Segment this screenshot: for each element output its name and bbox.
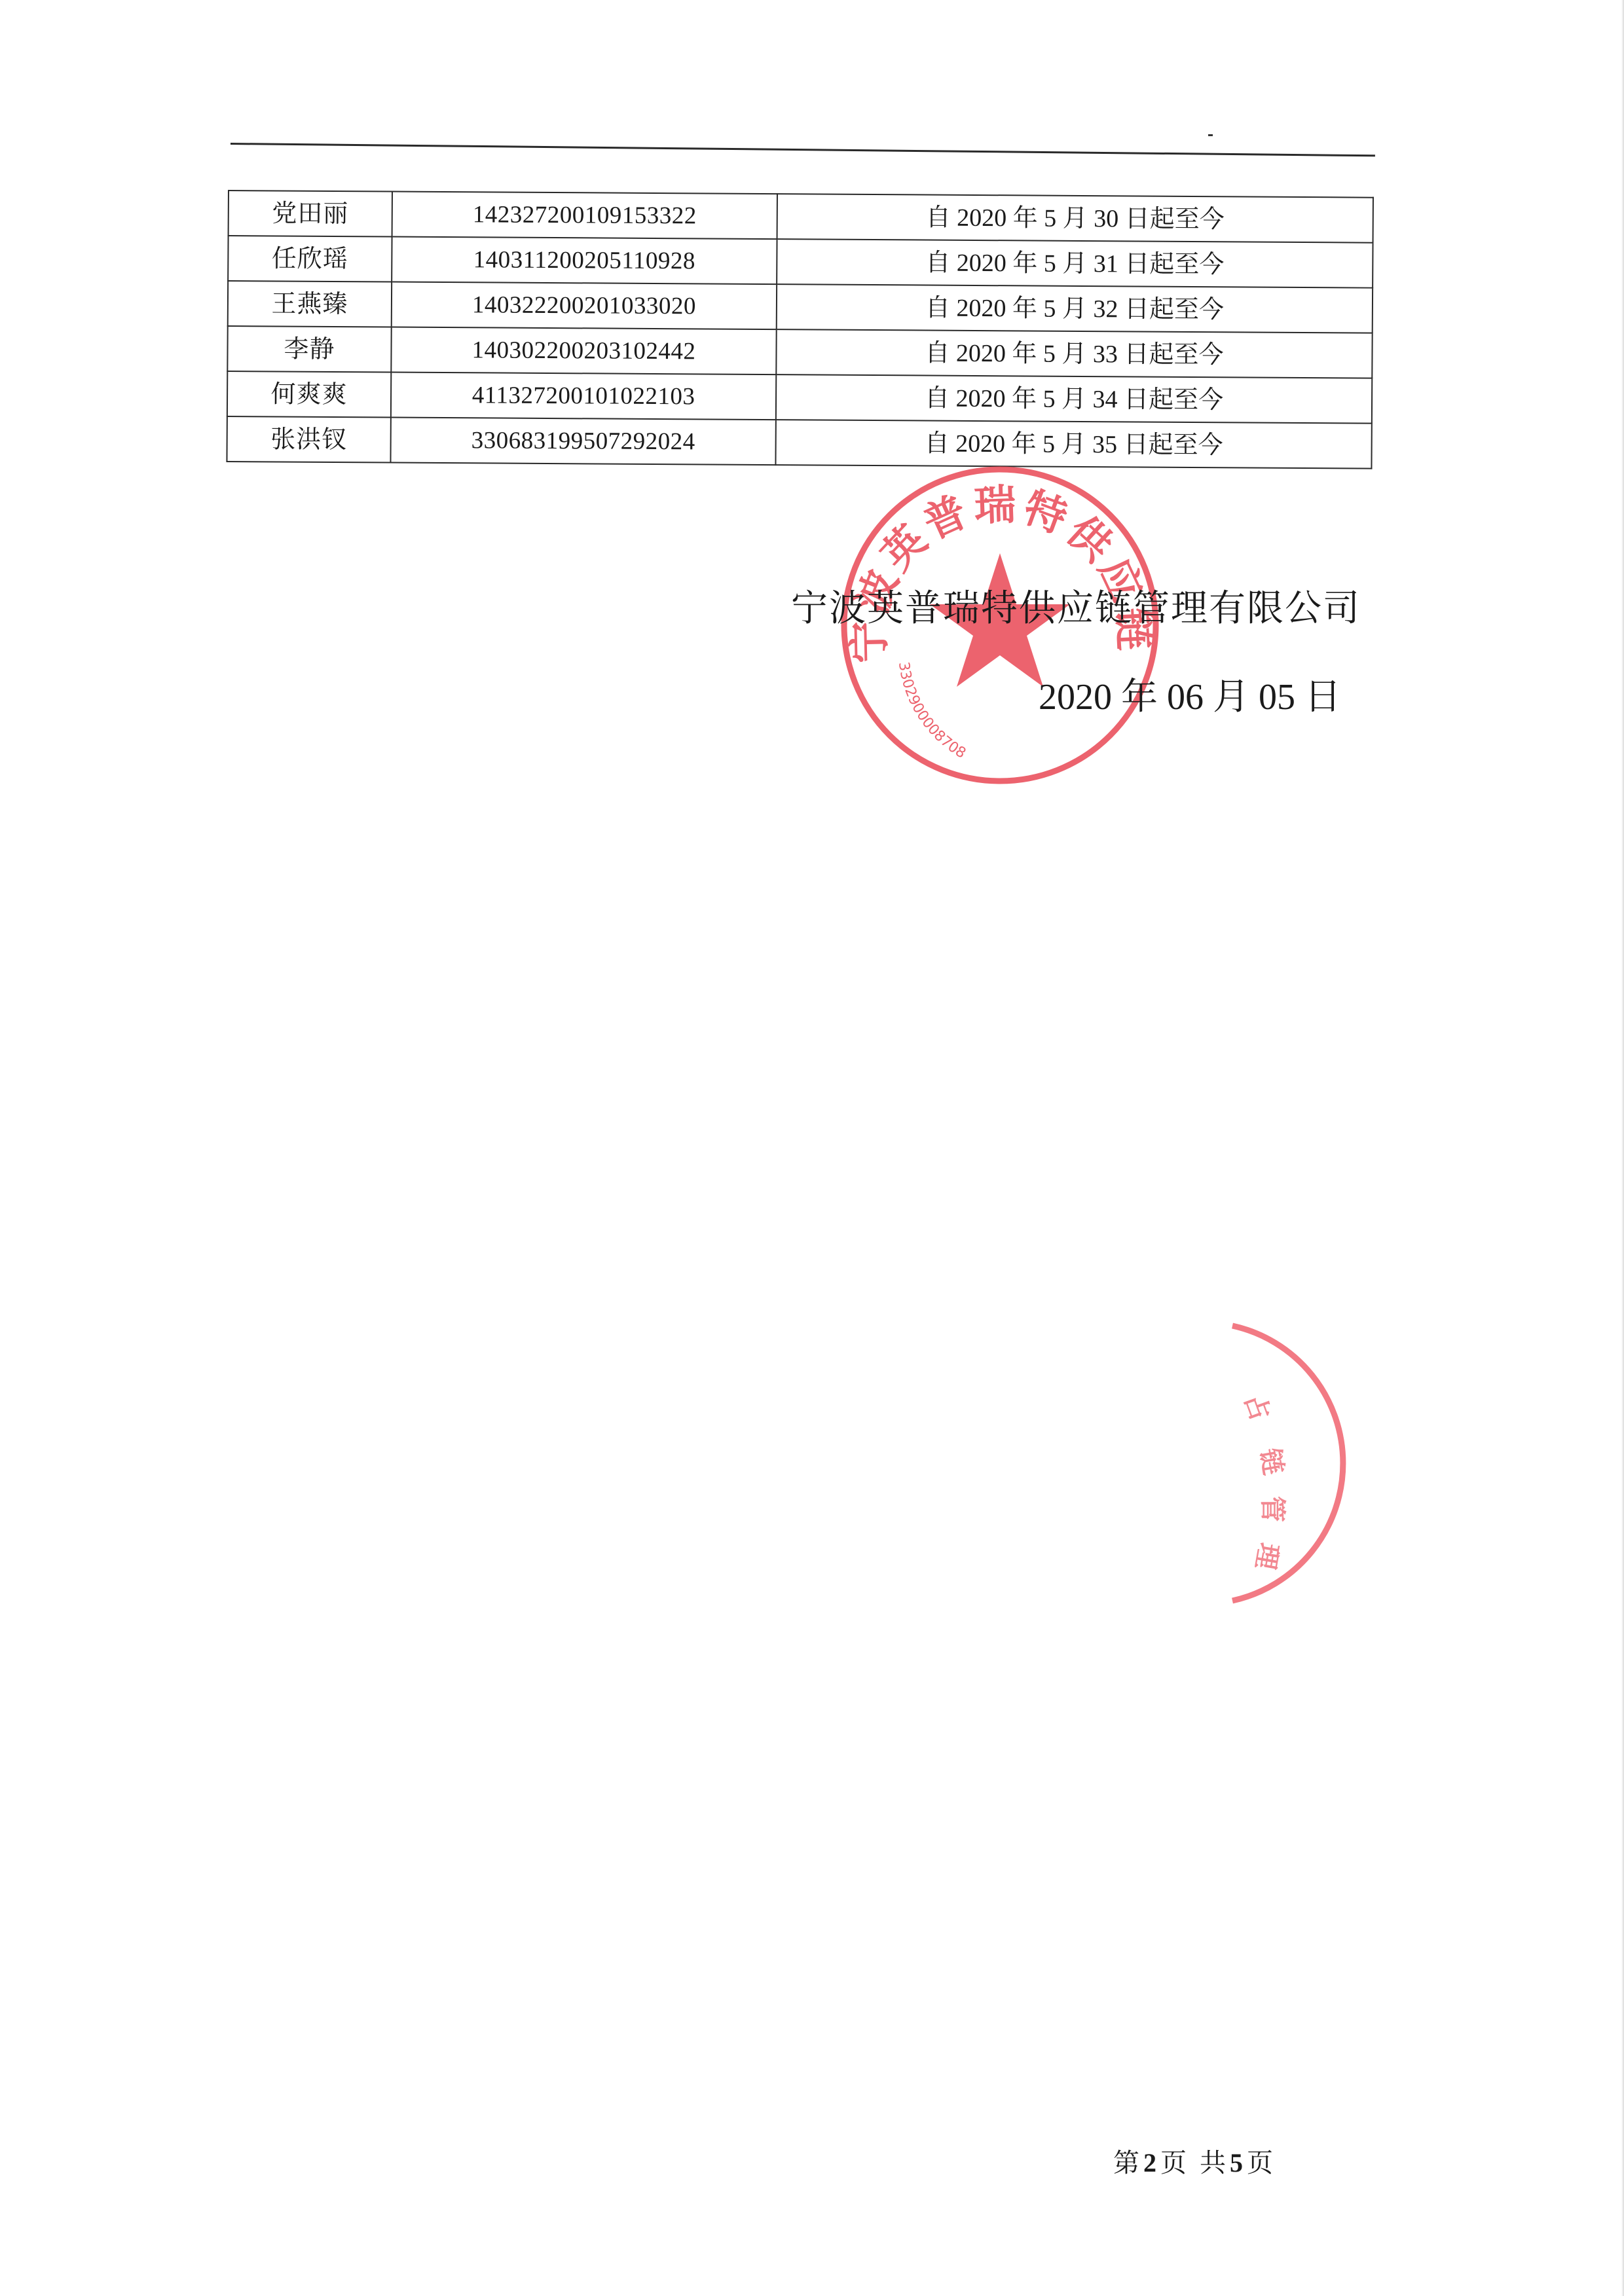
table-row: 李静140302200203102442自 2020 年 5 月 33 日起至今 [227, 326, 1372, 378]
total-pages: 5 [1230, 2148, 1243, 2178]
header-mark [1208, 134, 1213, 136]
header-rule [231, 143, 1375, 156]
svg-text:理: 理 [1249, 1540, 1284, 1572]
employment-period: 自 2020 年 5 月 31 日起至今 [777, 239, 1373, 288]
table-row: 任欣瑶140311200205110928自 2020 年 5 月 31 日起至… [228, 236, 1373, 288]
page-number: 2 [1143, 2148, 1156, 2178]
id-number: 140302200203102442 [391, 327, 776, 375]
employment-period: 自 2020 年 5 月 33 日起至今 [776, 329, 1372, 378]
employee-table: 党田丽142327200109153322自 2020 年 5 月 30 日起至… [226, 190, 1374, 469]
table-row: 党田丽142327200109153322自 2020 年 5 月 30 日起至… [229, 191, 1373, 243]
employee-name: 党田丽 [229, 191, 392, 237]
sign-date: 2020 年 06 月 05 日 [1039, 668, 1341, 720]
id-number: 330683199507292024 [390, 418, 775, 465]
employee-name: 任欣瑶 [228, 236, 392, 282]
svg-text:链: 链 [1254, 1446, 1289, 1478]
footer-total-prefix: 共 [1200, 2148, 1226, 2178]
svg-text:管: 管 [1257, 1496, 1288, 1522]
page-footer: 第2页 共5页 [1113, 2142, 1273, 2179]
footer-total-unit: 页 [1247, 2148, 1273, 2178]
employee-name: 李静 [227, 326, 391, 373]
footer-prefix: 第 [1113, 2148, 1139, 2178]
table-row: 张洪钗330683199507292024自 2020 年 5 月 35 日起至… [227, 416, 1371, 469]
id-number: 142327200109153322 [392, 192, 777, 240]
page-edge [1621, 0, 1624, 2296]
footer-page-unit: 页 [1160, 2148, 1187, 2178]
id-number: 140322200201033020 [392, 282, 777, 330]
seal-stamp-partial: 占 链 管 理 [1231, 1319, 1349, 1607]
employee-name: 何爽爽 [227, 371, 391, 418]
employment-period: 自 2020 年 5 月 30 日起至今 [777, 194, 1373, 243]
employee-name: 王燕臻 [228, 281, 392, 327]
id-number: 140311200205110928 [392, 237, 777, 285]
id-number: 411327200101022103 [391, 373, 776, 420]
employment-period: 自 2020 年 5 月 32 日起至今 [777, 284, 1373, 333]
employment-period: 自 2020 年 5 月 34 日起至今 [776, 374, 1372, 424]
company-name: 宁波英普瑞特供应链管理有限公司 [791, 579, 1361, 632]
table-row: 何爽爽411327200101022103自 2020 年 5 月 34 日起至… [227, 371, 1372, 424]
table-row: 王燕臻140322200201033020自 2020 年 5 月 32 日起至… [228, 281, 1373, 333]
svg-text:占: 占 [1238, 1389, 1276, 1425]
employee-name: 张洪钗 [227, 416, 390, 463]
